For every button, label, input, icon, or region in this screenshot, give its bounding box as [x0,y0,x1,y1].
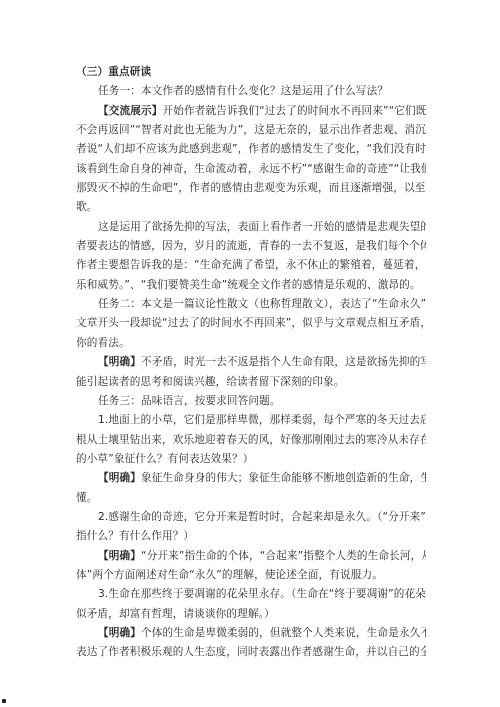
text-line: 1.地面上的小草，它们是那样卑微，那样柔弱，每个严寒的冬天过去后，它们依然一根 [76,411,426,430]
text-line: 任务三：品味语言，按要求回答问题。 [76,392,426,411]
text-line: 【明确】个体的生命是卑微柔弱的，但就整个人类来说，生命是永久不朽的，这样写， [76,624,426,643]
text-line: 作者主要想告诉我的是：“生命充满了希望，永不休止的繁殖着，蔓延着，随处宣誓他的快 [76,256,426,275]
technique-paragraph: 这是运用了欲扬先抑的写法，表面上看作者一开始的感情是悲观失望的，其实这不是作 者… [76,218,426,295]
text-line: 【交流展示】开始作者就告诉我们“过去了的时间水不再回来”“它们既然离开，就永远 [76,102,426,121]
text-line: 文章开头一段却说“过去了的时间水不再回来”，似乎与文章观点相互矛盾，结合全文谈谈 [76,314,426,333]
document-page: （三）重点研读 任务一：本文作者的感情有什么变化？这是运用了什么写法？ 【交流展… [76,63,426,663]
question-two: 2.感谢生命的奇迹，它分开来是暂时时，合起来却是永久。（“分开来”“合起来”分别… [76,508,426,547]
text-line: 体”两个方面阐述对生命“永久”的理解，使论述全面，有说服力。 [76,566,426,585]
text-line: 歌。 [76,198,426,217]
text-line: 不会再返回”“智者对此也无能为力”，这是无奈的，显示出作者悲观、消沉的情绪，接着… [76,121,426,140]
exchange-display-paragraph: 【交流展示】开始作者就告诉我们“过去了的时间水不再回来”“它们既然离开，就永远 … [76,102,426,218]
page-marker-dot [2,699,6,703]
text-line: 2.感谢生命的奇迹，它分开来是暂时时，合起来却是永久。（“分开来”“合起来”分别 [76,508,426,527]
text-line: 指什么？有什么作用？） [76,527,426,546]
answer-paragraph: 【明确】“分开来”指生命的个体，“合起来”指整个人类的生命长河，从“个体”和“整… [76,547,426,586]
section-heading: （三）重点研读 [76,63,426,82]
label-answer: 【明确】 [98,356,141,368]
text-line: 【明确】不矛盾，时光一去不返是指个人生命有限，这是欲扬先抑的写作方法，这样写 [76,353,426,372]
text-line: 这是运用了欲扬先抑的写法，表面上看作者一开始的感情是悲观失望的，其实这不是作 [76,218,426,237]
text-line: 那毁灭不掉的生命吧”，作者的感情由悲观变为乐观，而且逐渐增强，以至于高唱生命的赞 [76,179,426,198]
text-line: 乐和威势。”、“我们要赞美生命”统观全文作者的感情是乐观的、激昂的。 [76,276,426,295]
text-line: 似矛盾，却富有哲理，请谈谈你的理解。） [76,605,426,624]
answer-paragraph: 【明确】不矛盾，时光一去不返是指个人生命有限，这是欲扬先抑的写作方法，这样写 能… [76,353,426,392]
task-two-question: 任务二：本文是一篇议论性散文（也称哲理散文），表达了“生命永久”这一观点，而 文… [76,295,426,353]
text-line: 【明确】“分开来”指生命的个体，“合起来”指整个人类的生命长河，从“个体”和“整 [76,547,426,566]
question-three: 3.生命在那些终于要凋谢的花朵里永存。（生命在“终于要凋谢”的花朵里“永存”，看… [76,585,426,624]
text-line: 者要表达的情感，因为，岁月的流逝，青春的一去不复返，是我们每个个体生命客观存在， [76,237,426,256]
label-exchange-display: 【交流展示】 [98,105,162,117]
answer-paragraph: 【明确】象征生命身身的伟大；象征生命能够不断地创造新的生命，生动形象，通俗易 懂… [76,469,426,508]
text-line: 任务一：本文作者的感情有什么变化？这是运用了什么写法？ [76,82,426,101]
label-answer: 【明确】 [98,627,141,639]
text-line: 懂。 [76,489,426,508]
text-line: 根从土壤里钻出来，欢乐地迎着春天的风，好像那刚刚过去的寒冷从未存在。（用“地面上 [76,431,426,450]
text-line: 者说“人们却不应该为此感到悲观”，作者的感情发生了变化，“我们没有时间悲观”“我… [76,140,426,159]
text-line: 3.生命在那些终于要凋谢的花朵里永存。（生命在“终于要凋谢”的花朵里“永存”，看 [76,585,426,604]
task-one-question: 任务一：本文作者的感情有什么变化？这是运用了什么写法？ [76,82,426,101]
text-line: 任务二：本文是一篇议论性散文（也称哲理散文），表达了“生命永久”这一观点，而 [76,295,426,314]
text-line: 能引起读者的思考和阅读兴趣，给读者留下深刻的印象。 [76,373,426,392]
answer-paragraph: 【明确】个体的生命是卑微柔弱的，但就整个人类来说，生命是永久不朽的，这样写， 表… [76,624,426,663]
label-answer: 【明确】 [98,550,141,562]
task-three-question: 任务三：品味语言，按要求回答问题。 [76,392,426,411]
text-line: 你的看法。 [76,334,426,353]
label-answer: 【明确】 [98,472,141,484]
text-line: 的小草”象征什么？有何表达效果？） [76,450,426,469]
text-line: 表达了作者积极乐观的人生态度，同时表露出作者感谢生命，并以自己的全部热情回报生命 [76,643,426,662]
text-line: 【明确】象征生命身身的伟大；象征生命能够不断地创造新的生命，生动形象，通俗易 [76,469,426,488]
text-line: 该看到生命自身的神奇，生命流动着，永远不朽”“感谢生命的奇迹”“让我们赞美生命，… [76,160,426,179]
question-one: 1.地面上的小草，它们是那样卑微，那样柔弱，每个严寒的冬天过去后，它们依然一根 … [76,411,426,469]
